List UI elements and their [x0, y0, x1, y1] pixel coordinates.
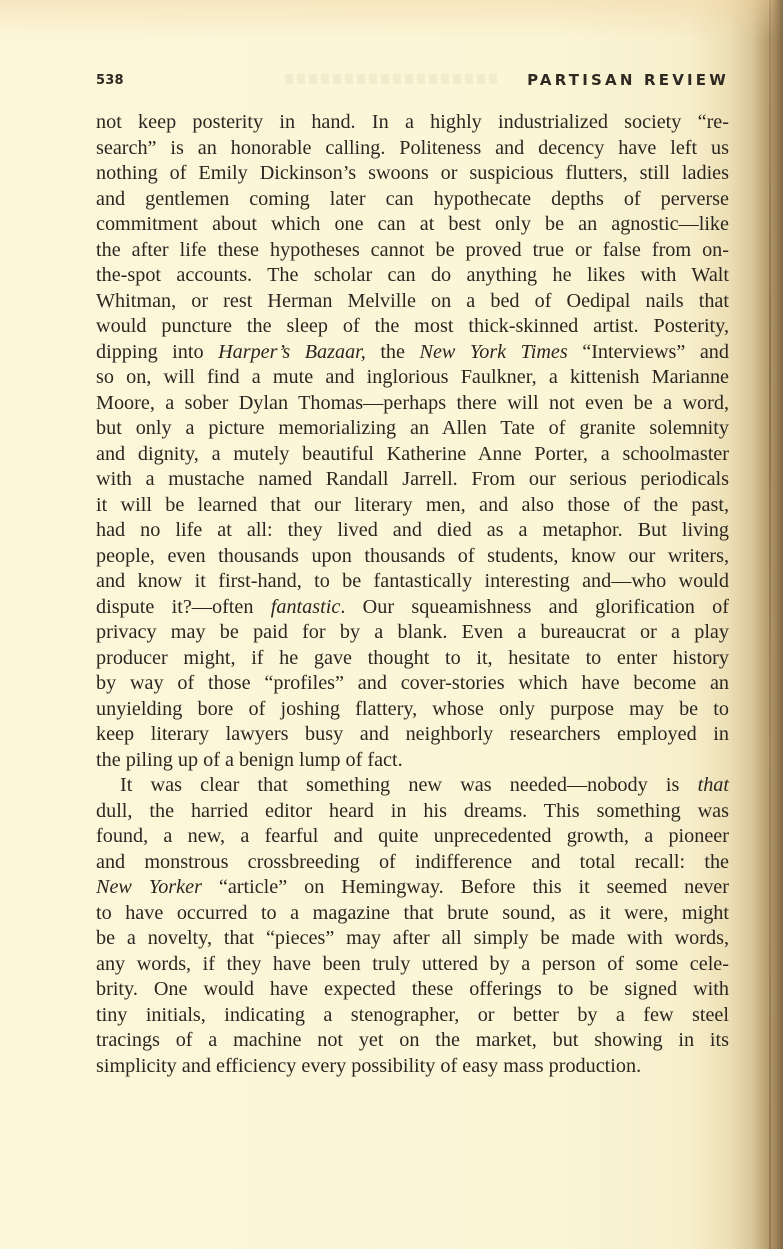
- text-line: Whitman, or rest Herman Melville on a be…: [96, 289, 729, 315]
- text-run: keep literary lawyers busy and neighborl…: [96, 723, 729, 745]
- text-run: Whitman, or rest Herman Melville on a be…: [96, 290, 729, 312]
- text-line: brity. One would have expected these off…: [96, 977, 729, 1003]
- text-run: “article” on Hemingway. Before this it s…: [202, 876, 729, 898]
- text-run: people, even thousands upon thousands of…: [96, 545, 729, 567]
- text-run: but only a picture memorializing an Alle…: [96, 417, 729, 439]
- text-line: so on, will find a mute and inglorious F…: [96, 365, 729, 391]
- text-run: not keep posterity in hand. In a highly …: [96, 111, 729, 133]
- text-run: to have occurred to a magazine that brut…: [96, 902, 729, 924]
- text-line: it will be learned that our literary men…: [96, 493, 729, 519]
- text-line: dull, the harried editor heard in his dr…: [96, 799, 729, 825]
- journal-title: PARTISAN REVIEW: [527, 71, 729, 89]
- page-gutter-shadow: [769, 0, 783, 1249]
- text-run: dipping into: [96, 341, 218, 363]
- text-line: commitment about which one can at best o…: [96, 212, 729, 238]
- text-line: the-spot accounts. The scholar can do an…: [96, 263, 729, 289]
- page-number: 538: [96, 73, 124, 88]
- text-line: but only a picture memorializing an Alle…: [96, 416, 729, 442]
- text-run: so on, will find a mute and inglorious F…: [96, 366, 729, 388]
- text-line: by way of those “profiles” and cover-sto…: [96, 671, 729, 697]
- text-line: It was clear that something new was need…: [96, 773, 729, 799]
- text-run: . Our squeamishness and glorification of: [340, 596, 729, 618]
- text-run: simplicity and efficiency every possibil…: [96, 1055, 641, 1077]
- text-line: dispute it?—often fantastic. Our squeami…: [96, 595, 729, 621]
- text-line: privacy may be paid for by a blank. Even…: [96, 620, 729, 646]
- text-run: commitment about which one can at best o…: [96, 213, 729, 235]
- italic-text: that: [698, 774, 729, 796]
- text-line: dipping into Harper’s Bazaar, the New Yo…: [96, 340, 729, 366]
- text-line: had no life at all: they lived and died …: [96, 518, 729, 544]
- text-line: and know it first-hand, to be fantastica…: [96, 569, 729, 595]
- text-line: producer might, if he gave thought to it…: [96, 646, 729, 672]
- text-run: nothing of Emily Dickinson’s swoons or s…: [96, 162, 729, 184]
- text-line: search” is an honorable calling. Politen…: [96, 136, 729, 162]
- text-run: privacy may be paid for by a blank. Even…: [96, 621, 729, 643]
- text-line: found, a new, a fearful and quite unprec…: [96, 824, 729, 850]
- text-line: any words, if they have been truly utter…: [96, 952, 729, 978]
- text-line: not keep posterity in hand. In a highly …: [96, 110, 729, 136]
- italic-text: fantastic: [271, 596, 341, 618]
- text-run: the: [366, 341, 420, 363]
- text-run: the piling up of a benign lump of fact.: [96, 749, 403, 771]
- text-run: any words, if they have been truly utter…: [96, 953, 729, 975]
- text-run: search” is an honorable calling. Politen…: [96, 137, 729, 159]
- text-run: and monstrous crossbreeding of indiffere…: [96, 851, 729, 873]
- text-run: Moore, a sober Dylan Thomas—perhaps ther…: [96, 392, 729, 414]
- text-run: It was clear that something new was need…: [120, 774, 698, 796]
- text-line: simplicity and efficiency every possibil…: [96, 1054, 729, 1080]
- paragraph: not keep posterity in hand. In a highly …: [96, 110, 729, 773]
- text-line: the after life these hypotheses cannot b…: [96, 238, 729, 264]
- text-run: unyielding bore of joshing flattery, who…: [96, 698, 729, 720]
- running-head: 538 PARTISAN REVIEW: [96, 71, 729, 91]
- text-run: dispute it?—often: [96, 596, 271, 618]
- body-text: not keep posterity in hand. In a highly …: [96, 110, 729, 1079]
- italic-text: Harper’s Bazaar,: [218, 341, 366, 363]
- text-run: dull, the harried editor heard in his dr…: [96, 800, 729, 822]
- text-line: and monstrous crossbreeding of indiffere…: [96, 850, 729, 876]
- text-run: “Interviews” and: [568, 341, 729, 363]
- text-line: New Yorker “article” on Hemingway. Befor…: [96, 875, 729, 901]
- text-line: and dignity, a mutely beautiful Katherin…: [96, 442, 729, 468]
- text-run: by way of those “profiles” and cover-sto…: [96, 672, 729, 694]
- italic-text: New Yorker: [96, 876, 202, 898]
- text-line: the piling up of a benign lump of fact.: [96, 748, 729, 774]
- text-line: be a novelty, that “pieces” may after al…: [96, 926, 729, 952]
- text-line: to have occurred to a magazine that brut…: [96, 901, 729, 927]
- text-run: and gentlemen coming later can hypotheca…: [96, 188, 729, 210]
- text-line: keep literary lawyers busy and neighborl…: [96, 722, 729, 748]
- text-run: producer might, if he gave thought to it…: [96, 647, 729, 669]
- book-page: 538 PARTISAN REVIEW not keep posterity i…: [0, 0, 783, 1249]
- text-run: and know it first-hand, to be fantastica…: [96, 570, 729, 592]
- text-run: tracings of a machine not yet on the mar…: [96, 1029, 729, 1051]
- text-run: the after life these hypotheses cannot b…: [96, 239, 729, 261]
- text-line: and gentlemen coming later can hypotheca…: [96, 187, 729, 213]
- text-line: nothing of Emily Dickinson’s swoons or s…: [96, 161, 729, 187]
- text-run: be a novelty, that “pieces” may after al…: [96, 927, 729, 949]
- text-line: tiny initials, indicating a stenographer…: [96, 1003, 729, 1029]
- text-run: brity. One would have expected these off…: [96, 978, 729, 1000]
- text-line: tracings of a machine not yet on the mar…: [96, 1028, 729, 1054]
- text-line: unyielding bore of joshing flattery, who…: [96, 697, 729, 723]
- paragraph: It was clear that something new was need…: [96, 773, 729, 1079]
- text-line: people, even thousands upon thousands of…: [96, 544, 729, 570]
- text-line: with a mustache named Randall Jarrell. F…: [96, 467, 729, 493]
- text-line: Moore, a sober Dylan Thomas—perhaps ther…: [96, 391, 729, 417]
- text-run: tiny initials, indicating a stenographer…: [96, 1004, 729, 1026]
- text-run: it will be learned that our literary men…: [96, 494, 729, 516]
- text-run: the-spot accounts. The scholar can do an…: [96, 264, 729, 286]
- text-run: and dignity, a mutely beautiful Katherin…: [96, 443, 729, 465]
- text-run: found, a new, a fearful and quite unprec…: [96, 825, 729, 847]
- text-run: with a mustache named Randall Jarrell. F…: [96, 468, 729, 490]
- text-run: would puncture the sleep of the most thi…: [96, 315, 729, 337]
- text-run: had no life at all: they lived and died …: [96, 519, 729, 541]
- italic-text: New York Times: [419, 341, 567, 363]
- text-line: would puncture the sleep of the most thi…: [96, 314, 729, 340]
